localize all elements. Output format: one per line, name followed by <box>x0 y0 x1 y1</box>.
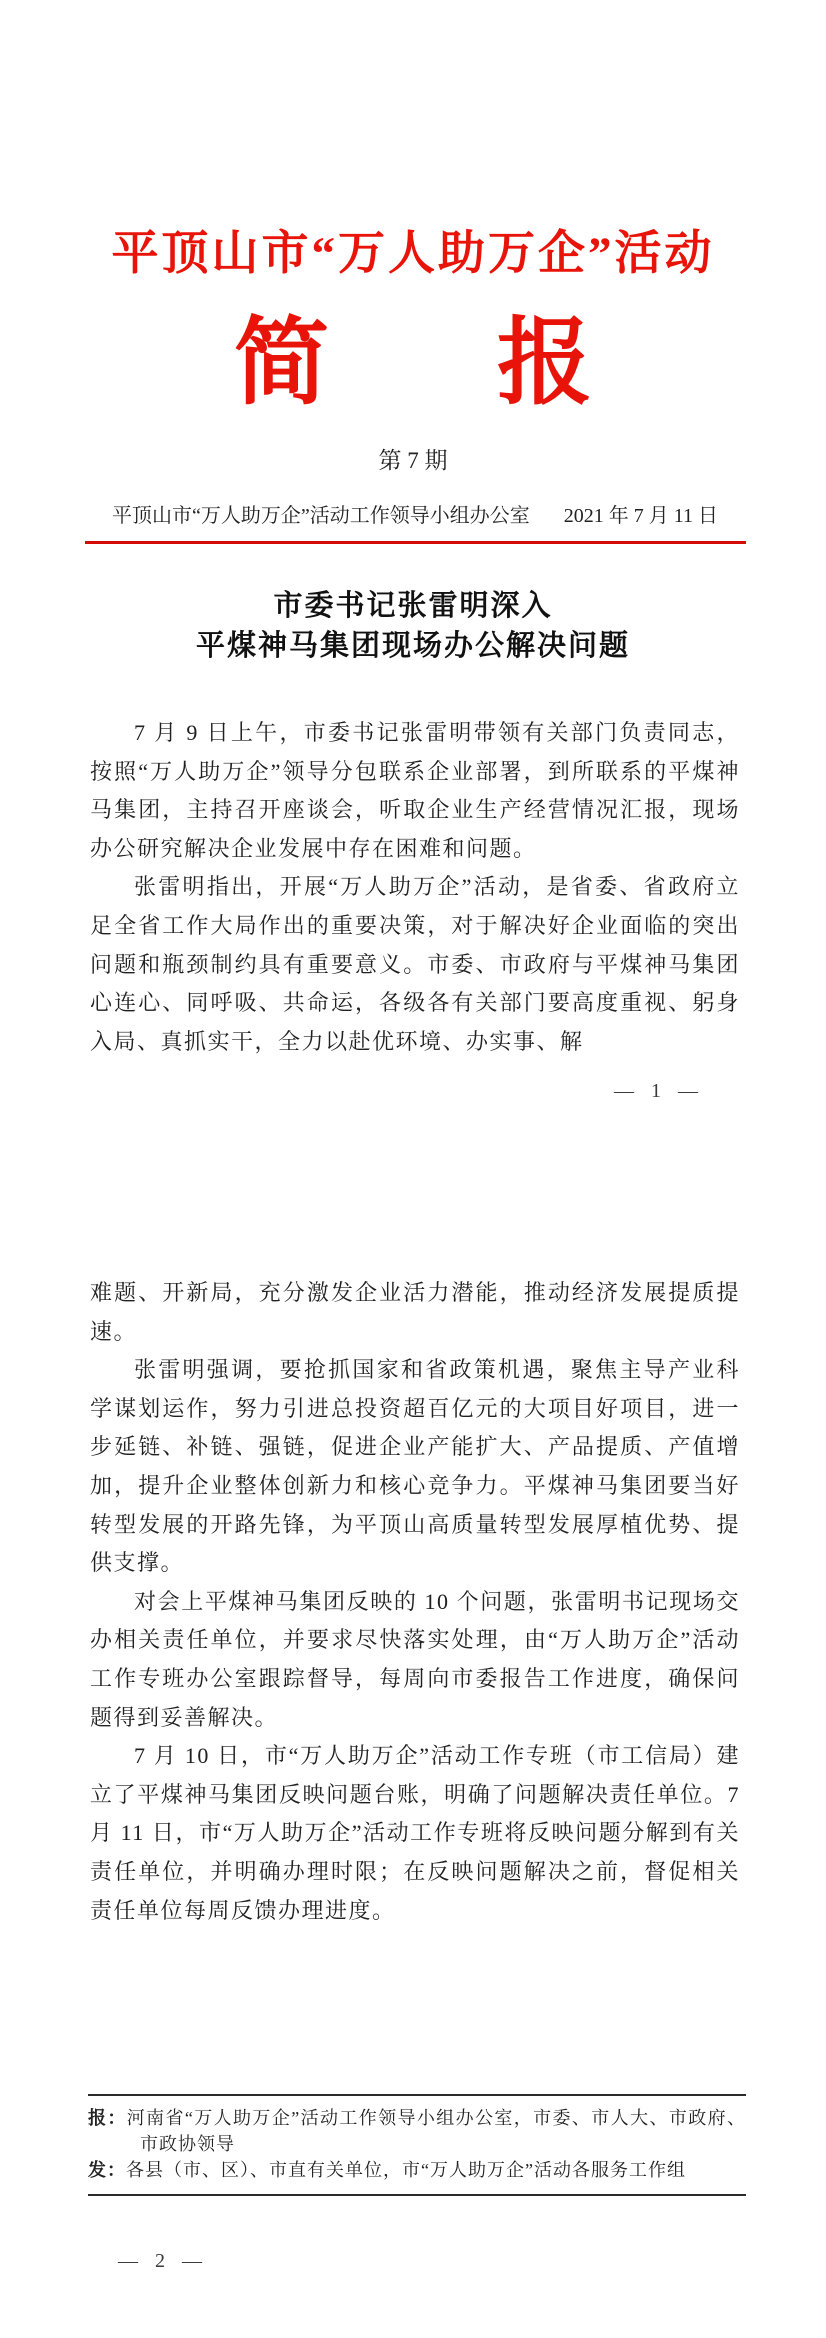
paragraph: 7 月 10 日，市“万人助万企”活动工作专班（市工信局）建立了平煤神马集团反映… <box>90 1737 740 1930</box>
article-title-line2: 平煤神马集团现场办公解决问题 <box>0 626 826 666</box>
article-title-line1: 市委书记张雷明深入 <box>0 586 826 626</box>
footer-distribute-line: 发：各县（市、区）、市直有关单位，市“万人助万企”活动各服务工作组 <box>88 2157 746 2183</box>
masthead-brief-title: 简 报 <box>0 308 826 418</box>
article-body-page1: 7 月 9 日上午，市委书记张雷明带领有关部门负责同志，按照“万人助万企”领导分… <box>90 714 740 1061</box>
distribution-footer: 报：河南省“万人助万企”活动工作领导小组办公室，市委、市人大、市政府、市政协领导… <box>88 2094 746 2196</box>
brief-char-bao: 报 <box>497 308 592 418</box>
footer-report-text: 河南省“万人助万企”活动工作领导小组办公室，市委、市人大、市政府、市政协领导 <box>127 2108 746 2154</box>
footer-distribute-text: 各县（市、区）、市直有关单位，市“万人助万企”活动各服务工作组 <box>126 2160 686 2180</box>
article-body-page2: 难题、开新局，充分激发企业活力潜能，推动经济发展提质提速。 张雷明强调，要抢抓国… <box>90 1274 740 1930</box>
footer-report-line: 报：河南省“万人助万企”活动工作领导小组办公室，市委、市人大、市政府、市政协领导 <box>88 2105 746 2157</box>
issue-date: 2021 年 7 月 11 日 <box>564 499 718 528</box>
brief-char-jian: 简 <box>234 308 329 418</box>
paragraph: 7 月 9 日上午，市委书记张雷明带领有关部门负责同志，按照“万人助万企”领导分… <box>90 714 740 868</box>
paragraph: 张雷明强调，要抢抓国家和省政策机遇，聚焦主导产业科学谋划运作，努力引进总投资超百… <box>90 1351 740 1583</box>
footer-distribute-label: 发： <box>88 2160 126 2180</box>
issuing-office: 平顶山市“万人助万企”活动工作领导小组办公室 <box>112 499 530 528</box>
masthead-org-title: 平顶山市“万人助万企”活动 <box>0 216 826 283</box>
paragraph: 对会上平煤神马集团反映的 10 个问题，张雷明书记现场交办相关责任单位，并要求尽… <box>90 1583 740 1737</box>
article-title: 市委书记张雷明深入 平煤神马集团现场办公解决问题 <box>0 586 826 666</box>
issuing-office-row: 平顶山市“万人助万企”活动工作领导小组办公室 2021 年 7 月 11 日 <box>88 499 742 528</box>
paragraph: 张雷明指出，开展“万人助万企”活动，是省委、省政府立足全省工作大局作出的重要决策… <box>90 868 740 1061</box>
issue-number: 第 7 期 <box>0 442 826 475</box>
red-divider-rule <box>85 541 746 544</box>
paragraph-continuation: 难题、开新局，充分激发企业活力潜能，推动经济发展提质提速。 <box>90 1274 740 1351</box>
footer-report-label: 报： <box>88 2108 127 2128</box>
page-number-2: — 2 — <box>118 2250 208 2273</box>
page-number-1: — 1 — <box>614 1080 704 1103</box>
briefing-document-page: 平顶山市“万人助万企”活动 简 报 第 7 期 平顶山市“万人助万企”活动工作领… <box>0 0 826 2338</box>
